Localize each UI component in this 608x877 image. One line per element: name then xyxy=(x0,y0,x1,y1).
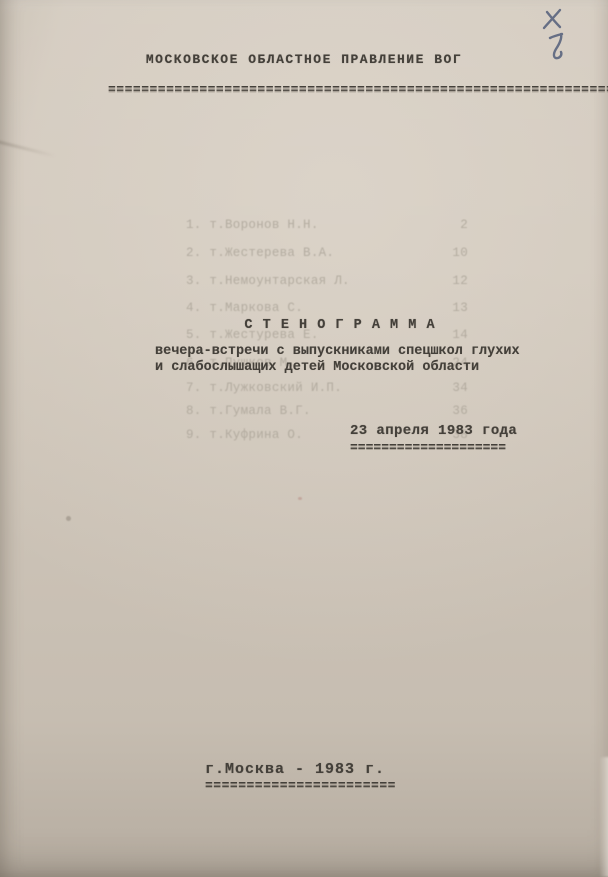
header-divider-line: ========================================… xyxy=(108,82,608,97)
scanned-document-page: 1. т.Воронов Н.Н.2 2. т.Жестерева В.А.10… xyxy=(0,0,608,877)
bleedthrough-line: 3. т.Немоунтарская Л.12 xyxy=(186,274,468,288)
bleedthrough-line: 8. т.Гумала В.Г.36 xyxy=(186,404,468,418)
paper-crease xyxy=(0,140,63,160)
footer-underline: ======================= xyxy=(205,778,396,793)
bleedthrough-line: 4. т.Маркова С.13 xyxy=(186,301,468,315)
document-title: С Т Е Н О Г Р А М М А xyxy=(0,318,608,333)
handwritten-mark-icon xyxy=(533,4,585,70)
date-underline: ==================== xyxy=(350,440,506,455)
bleedthrough-line: 7. т.Лужковский И.П.34 xyxy=(186,381,468,395)
bleedthrough-line: 2. т.Жестерева В.А.10 xyxy=(186,246,468,260)
organization-header: МОСКОВСКОЕ ОБЛАСТНОЕ ПРАВЛЕНИЕ ВОГ xyxy=(0,52,608,67)
document-subtitle: вечера-встречи с выпускниками спецшкол г… xyxy=(155,344,520,375)
page-curl-highlight xyxy=(596,757,608,877)
footer-city-year: г.Москва - 1983 г. xyxy=(205,761,385,778)
document-date: 23 апреля 1983 года xyxy=(350,423,517,439)
paper-speck xyxy=(66,516,71,521)
bleedthrough-line: 1. т.Воронов Н.Н.2 xyxy=(186,218,468,232)
